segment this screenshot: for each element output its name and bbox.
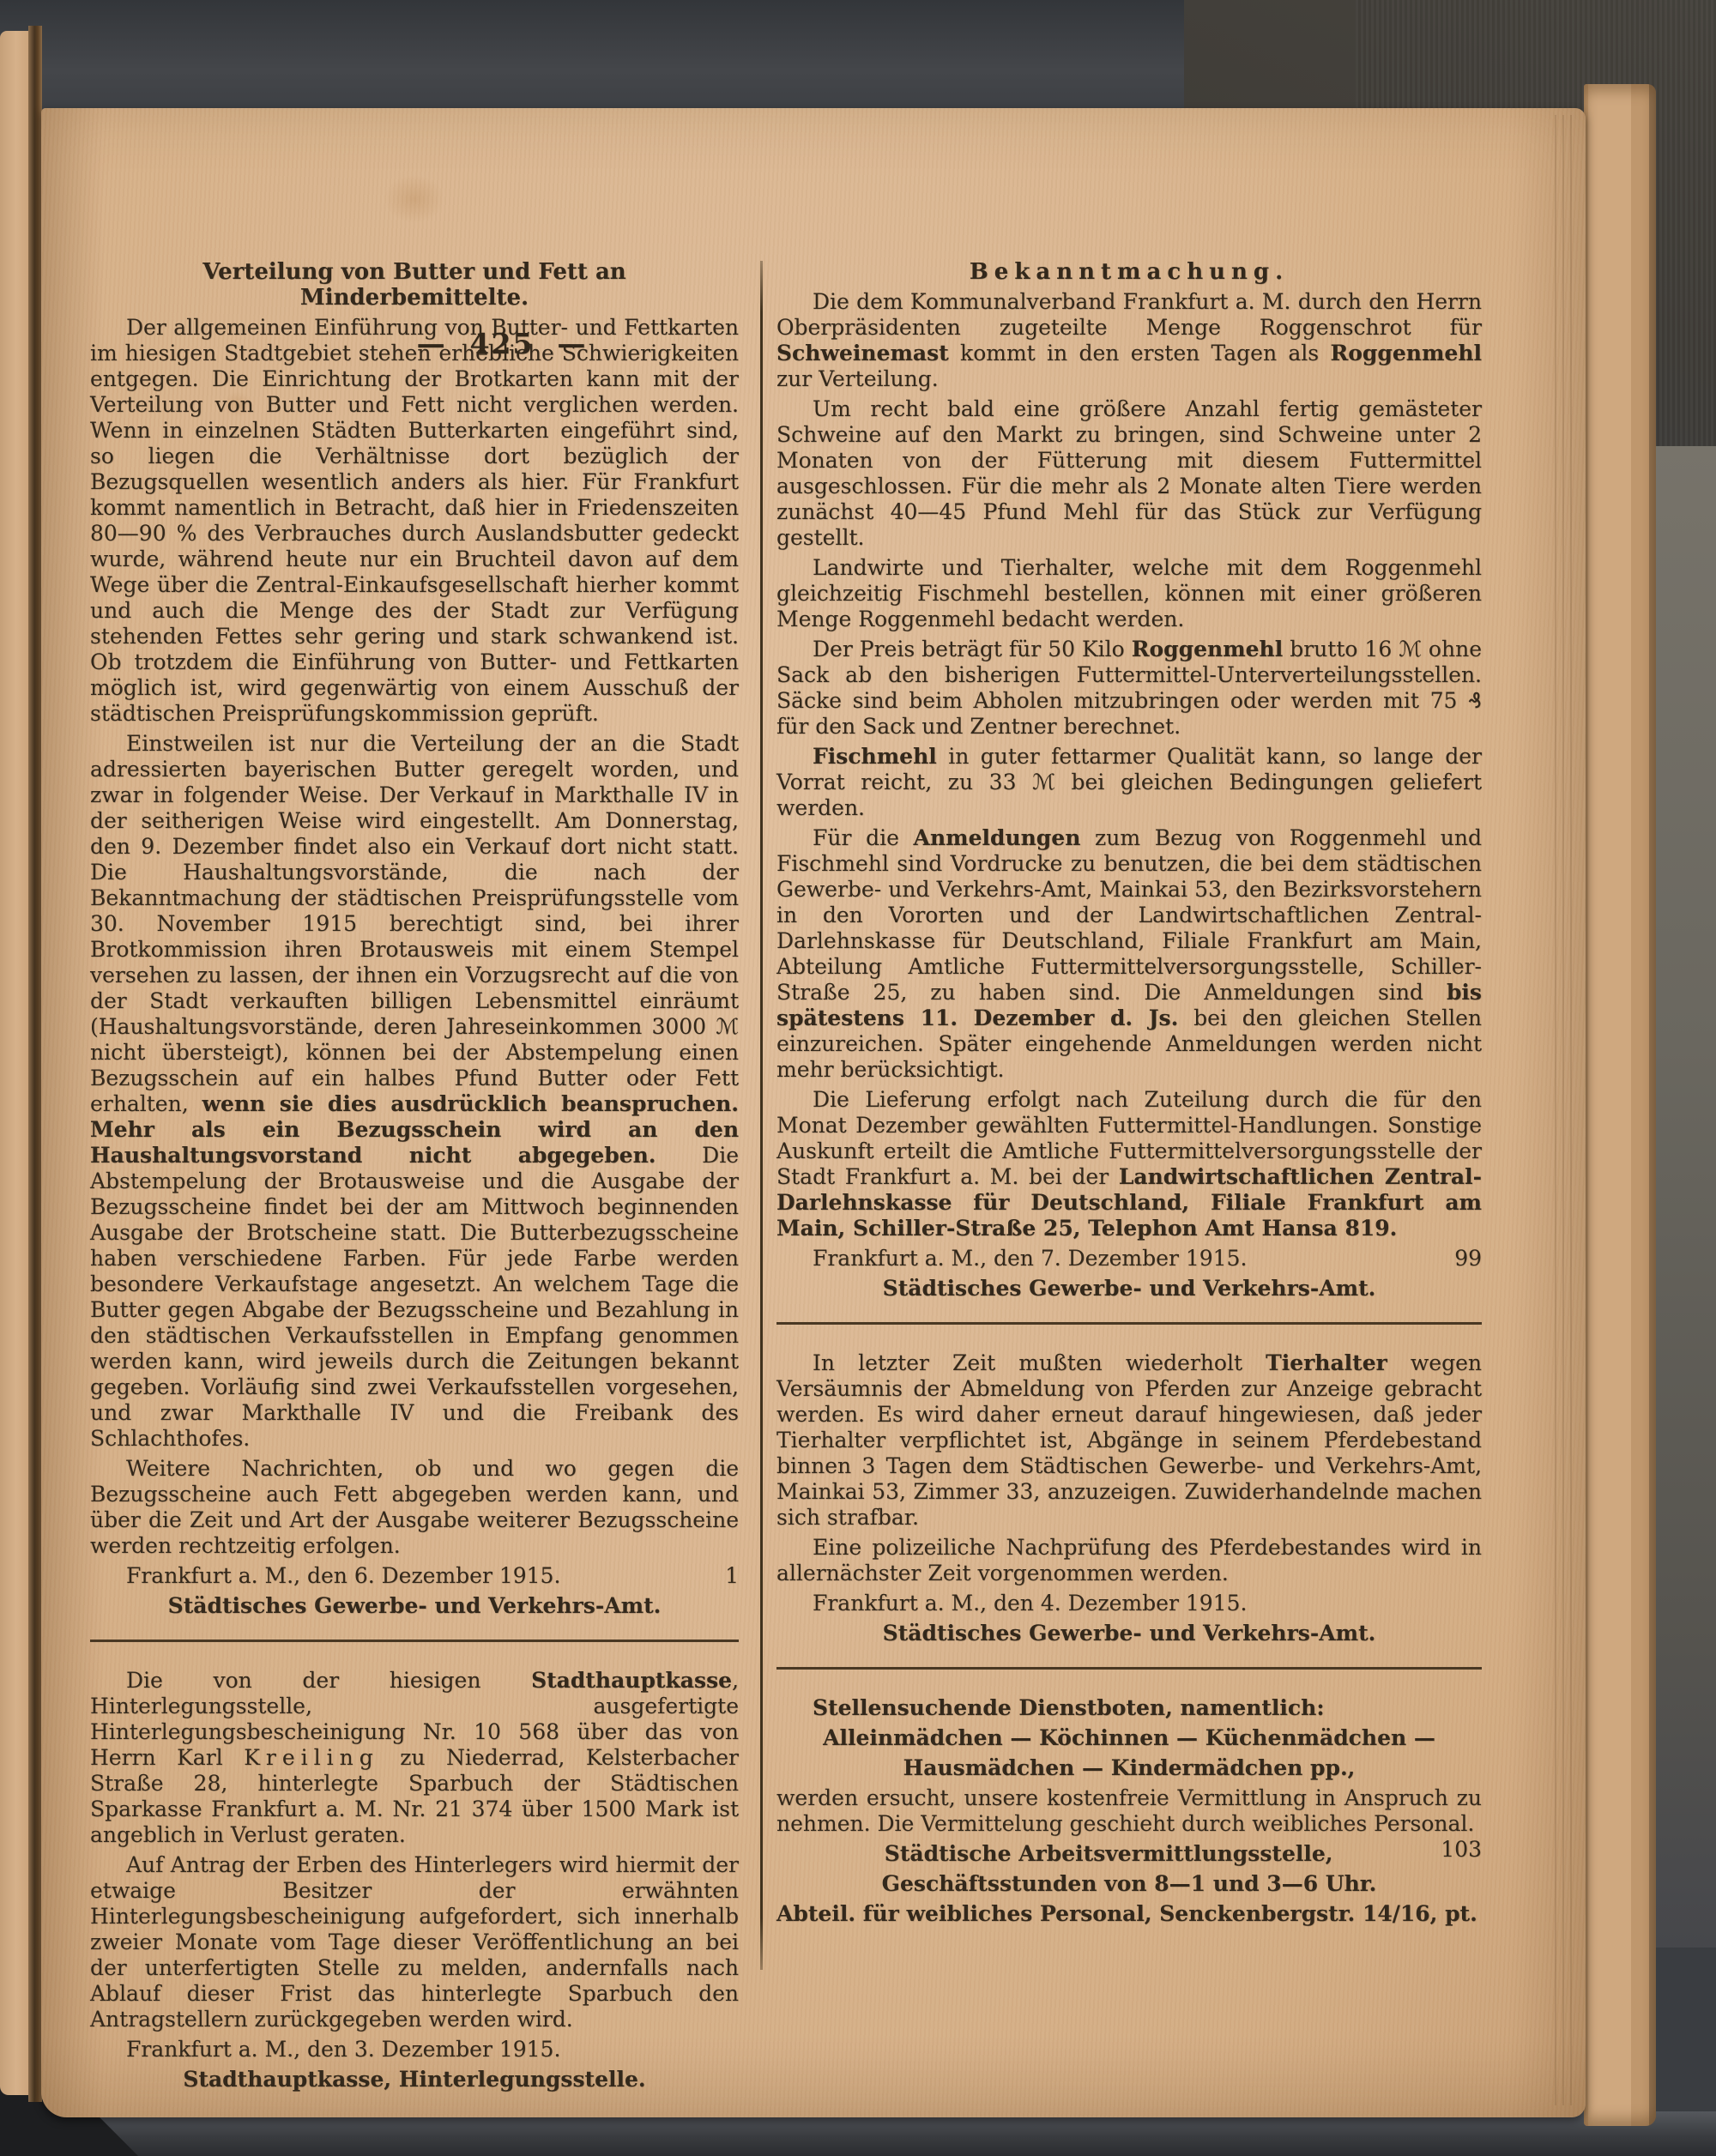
dateline: Frankfurt a. M., den 3. Dezember 1915. xyxy=(90,2037,739,2062)
text-run: Tierhalter xyxy=(1266,1350,1387,1375)
text-run: Stadthauptkasse, Hinterlegungsstelle. xyxy=(183,2067,645,2092)
paragraph: werden ersucht, unsere kostenfreie Vermi… xyxy=(776,1785,1482,1837)
paragraph: Einstweilen ist nur die Verteilung der a… xyxy=(90,731,739,1452)
dateline: Stellensuchende Dienstboten, namentlich: xyxy=(776,1695,1482,1721)
text-run: Die von der hiesigen xyxy=(126,1668,531,1693)
paragraph: In letzter Zeit mußten wiederholt Tierha… xyxy=(776,1350,1482,1531)
signature-line: Städtisches Gewerbe- und Verkehrs-Amt. xyxy=(90,1593,739,1619)
text-run: Die dem Kommunalverband Frankfurt a. M. … xyxy=(776,289,1482,340)
signature-line: Städtisches Gewerbe- und Verkehrs-Amt. xyxy=(776,1276,1482,1301)
text-run: Einstweilen ist nur die Verteilung der a… xyxy=(90,731,739,1116)
text-run: Weitere Nachrichten, ob und wo gegen die… xyxy=(90,1456,739,1558)
left-column: Verteilung von Butter und Fett an Minder… xyxy=(90,259,739,2097)
text-run: Eine polizeiliche Nachprüfung des Pferde… xyxy=(776,1535,1482,1585)
paragraph: Die dem Kommunalverband Frankfurt a. M. … xyxy=(776,289,1482,392)
centered-line: Hausmädchen — Kindermädchen pp., xyxy=(776,1755,1482,1781)
paragraph: Abteil. für weibliches Personal, Sencken… xyxy=(776,1901,1482,1927)
paragraph: Die Lieferung erfolgt nach Zuteilung dur… xyxy=(776,1087,1482,1241)
text-run: Frankfurt a. M., den 3. Dezember 1915. xyxy=(126,2037,560,2062)
text-run: Städtisches Gewerbe- und Verkehrs-Amt. xyxy=(883,1621,1376,1646)
page-edge-hairlines xyxy=(1555,115,1577,2105)
text-run: Abteil. für weibliches Personal, Sencken… xyxy=(776,1901,1477,1926)
text-run: Stellensuchende Dienstboten, namentlich: xyxy=(813,1695,1325,1720)
text-run: Der allgemeinen Einführung von Butter- u… xyxy=(90,315,739,726)
paragraph: Fischmehl in guter fettarmer Qualität ka… xyxy=(776,744,1482,821)
paragraph: Der allgemeinen Einführung von Butter- u… xyxy=(90,315,739,727)
text-run: zum Bezug von Roggenmehl und Fischmehl s… xyxy=(776,825,1482,1005)
text-run: Frankfurt a. M., den 6. Dezember 1915. xyxy=(126,1563,560,1588)
text-run: Um recht bald eine größere Anzahl fertig… xyxy=(776,396,1482,550)
text-run: wegen Versäumnis der Abmeldung von Pferd… xyxy=(776,1350,1482,1530)
paragraph: Um recht bald eine größere Anzahl fertig… xyxy=(776,396,1482,551)
text-run: kommt in den ersten Tagen als xyxy=(949,341,1331,365)
scanner-background-bottom xyxy=(0,2111,1716,2156)
text-run: In letzter Zeit mußten wiederholt xyxy=(813,1350,1266,1375)
column-divider-rule xyxy=(760,261,763,1970)
paragraph: Landwirte und Tierhalter, welche mit dem… xyxy=(776,555,1482,632)
paragraph: Eine polizeiliche Nachprüfung des Pferde… xyxy=(776,1535,1482,1586)
text-run: Frankfurt a. M., den 7. Dezember 1915. xyxy=(813,1246,1247,1271)
paragraph: Weitere Nachrichten, ob und wo gegen die… xyxy=(90,1456,739,1559)
book-page: — 425 — Verteilung von Butter und Fett a… xyxy=(41,108,1586,2117)
text-run: Anmeldungen xyxy=(914,825,1081,850)
text-run: Bekanntmachung. xyxy=(970,259,1289,285)
section-divider-rule xyxy=(776,1667,1482,1670)
notice-reference-number: 99 xyxy=(1418,1246,1482,1271)
text-run: Verteilung von Butter und Fett an Minder… xyxy=(202,259,625,311)
notice-reference-number: 1 xyxy=(689,1563,739,1589)
dateline: Frankfurt a. M., den 6. Dezember 1915.1 xyxy=(90,1563,739,1589)
text-run: Städtische Arbeitsvermittlungsstelle, xyxy=(885,1841,1333,1866)
paper-stain xyxy=(384,175,444,223)
centered-line: Alleinmädchen — Köchinnen — Küchenmädche… xyxy=(776,1725,1482,1751)
text-run: Stadthauptkasse xyxy=(531,1668,732,1693)
notice-reference-number: 103 xyxy=(1441,1837,1482,1863)
text-run: Roggenmehl xyxy=(1132,637,1284,661)
paragraph: Die von der hiesigen Stadthauptkasse, Hi… xyxy=(90,1668,739,1848)
section-divider-rule xyxy=(90,1640,739,1642)
text-run: werden ersucht, unsere kostenfreie Vermi… xyxy=(776,1785,1482,1836)
signature-line: Stadthauptkasse, Hinterlegungsstelle. xyxy=(90,2067,739,2093)
text-run: Auf Antrag der Erben des Hinterlegers wi… xyxy=(90,1852,739,2032)
page-fore-edge-stack xyxy=(1584,84,1656,2126)
paragraph: Der Preis beträgt für 50 Kilo Roggenmehl… xyxy=(776,637,1482,740)
signature-line: Städtische Arbeitsvermittlungsstelle, xyxy=(776,1841,1482,1867)
dateline: Frankfurt a. M., den 4. Dezember 1915. xyxy=(776,1591,1482,1616)
right-column: Bekanntmachung.Die dem Kommunalverband F… xyxy=(776,259,1482,1931)
text-run: Fischmehl xyxy=(813,744,937,769)
text-run: Städtisches Gewerbe- und Verkehrs-Amt. xyxy=(168,1593,662,1618)
paragraph: Auf Antrag der Erben des Hinterlegers wi… xyxy=(90,1852,739,2032)
text-run: Schweinemast xyxy=(776,341,949,365)
paragraph: Für die Anmeldungen zum Bezug von Roggen… xyxy=(776,825,1482,1083)
text-run: Städtisches Gewerbe- und Verkehrs-Amt. xyxy=(883,1276,1376,1301)
text-run: Frankfurt a. M., den 4. Dezember 1915. xyxy=(813,1591,1247,1615)
text-run: Roggenmehl xyxy=(1330,341,1482,365)
text-run: Für die xyxy=(813,825,914,850)
dateline: Frankfurt a. M., den 7. Dezember 1915.99 xyxy=(776,1246,1482,1271)
text-run: Die Abstempelung der Brotausweise und di… xyxy=(90,1143,739,1451)
section-divider-rule xyxy=(776,1322,1482,1325)
signature-line: Städtisches Gewerbe- und Verkehrs-Amt. xyxy=(776,1621,1482,1646)
text-run: Landwirte und Tierhalter, welche mit dem… xyxy=(776,555,1482,631)
section-heading: Verteilung von Butter und Fett an Minder… xyxy=(90,259,739,311)
text-run: Kreiling xyxy=(244,1745,379,1770)
previous-page-edge xyxy=(0,31,29,2095)
scan-background: { "scan": { "paper_color": "#d9b48f", "i… xyxy=(0,0,1716,2156)
section-heading: Bekanntmachung. xyxy=(776,259,1482,285)
text-run: Geschäftsstunden von 8—1 und 3—6 Uhr. xyxy=(882,1871,1377,1896)
text-run: Hausmädchen — Kindermädchen pp., xyxy=(903,1755,1356,1780)
centered-line: Geschäftsstunden von 8—1 und 3—6 Uhr. xyxy=(776,1871,1482,1897)
text-run: zur Verteilung. xyxy=(776,366,939,391)
text-run: Der Preis beträgt für 50 Kilo xyxy=(813,637,1132,661)
text-run: Alleinmädchen — Köchinnen — Küchenmädche… xyxy=(823,1725,1435,1750)
page-gutter-shadow xyxy=(28,26,42,2102)
